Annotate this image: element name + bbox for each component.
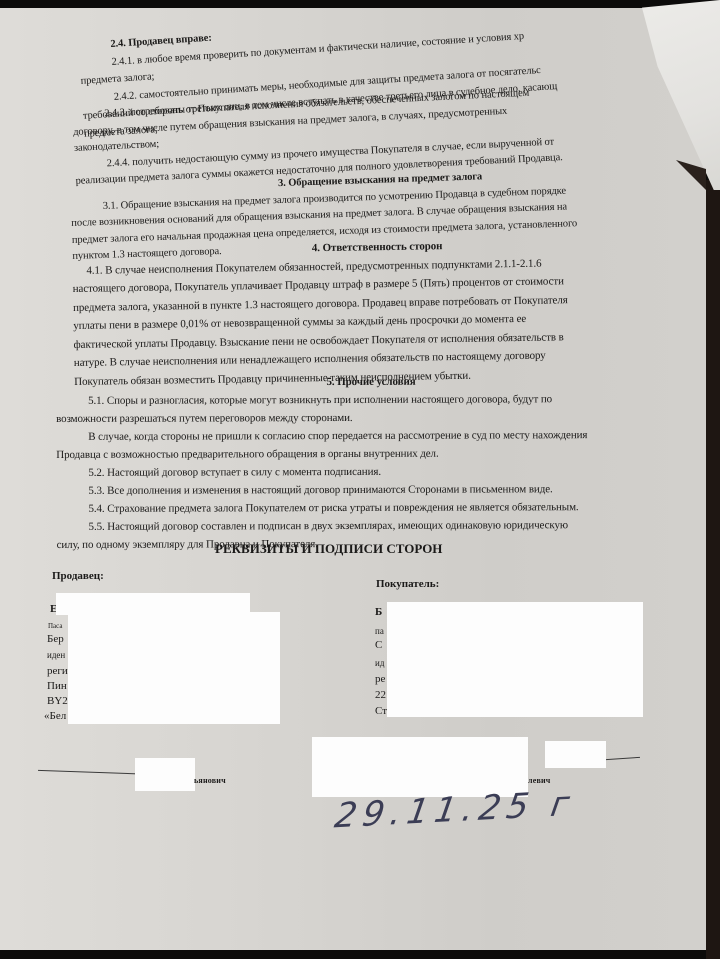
clause-text: возможности разрешаться путем переговоро… [56, 408, 686, 428]
seller-fragment: BY2 [47, 694, 68, 709]
seller-fragment: иден [47, 648, 65, 663]
buyer-signature-name: левич [528, 776, 550, 785]
buyer-label: Покупатель: [376, 578, 439, 590]
buyer-fragment: ре [375, 672, 385, 687]
section-5: 5. Прочие условия 5.1. Споры и разноглас… [56, 372, 687, 554]
clause-5-1: 5.1. Споры и разногласия, которые могут … [56, 390, 686, 410]
seller-fragment: «Бел [44, 709, 66, 724]
buyer-fragment: С [375, 638, 382, 653]
section-4: 4. Ответственность сторон 4.1. В случае … [72, 233, 684, 391]
redaction-box [387, 602, 643, 717]
seller-label: Продавец: [52, 570, 104, 582]
redaction-box [135, 758, 195, 791]
clause-5-5: 5.5. Настоящий договор составлен и подпи… [57, 516, 687, 536]
requisites-title: РЕКВИЗИТЫ И ПОДПИСИ СТОРОН [215, 541, 442, 557]
background-edge [706, 180, 720, 959]
buyer-fragment: Б [375, 605, 382, 620]
clause-text: В случае, когда стороны не пришли к согл… [56, 426, 686, 446]
buyer-fragment: 22 [375, 688, 386, 703]
buyer-fragment: ид [375, 656, 384, 671]
seller-fragment: реги [47, 664, 68, 679]
section-5-heading: 5. Прочие условия [56, 372, 686, 392]
seller-fragment: Бер [47, 632, 64, 647]
buyer-fragment: Ст [375, 704, 387, 719]
clause-5-2: 5.2. Настоящий договор вступает в силу с… [56, 462, 686, 482]
seller-signature-name: ьянович [194, 776, 226, 785]
buyer-fragment: па [375, 624, 384, 639]
redaction-box [545, 741, 606, 768]
redaction-box [68, 612, 280, 724]
clause-5-3: 5.3. Все дополнения и изменения в настоя… [56, 480, 686, 500]
seller-fragment: Пин [47, 679, 67, 694]
clause-5-4: 5.4. Страхование предмета залога Покупат… [56, 498, 686, 518]
clause-text: Продавца с возможностью предварительного… [56, 444, 686, 464]
